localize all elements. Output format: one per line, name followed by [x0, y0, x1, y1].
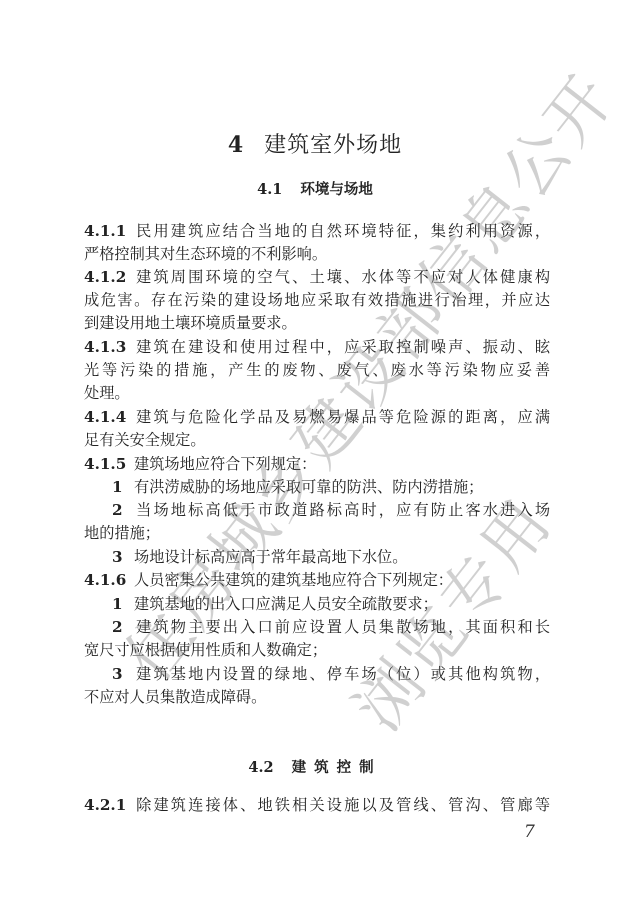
- chapter-title: 4建筑室外场地: [0, 128, 630, 159]
- clause-number: 4.1.4: [84, 406, 134, 429]
- list-item: 1建筑基地的出入口应满足人员安全疏散要求；: [84, 593, 550, 616]
- list-item: 2建筑物主要出入口前应设置人员集散场地，其面积和长: [84, 616, 550, 639]
- item-continuation: 地的措施；: [84, 522, 550, 545]
- clause-text: 建筑场地应符合下列规定：: [134, 455, 316, 473]
- chapter-number: 4: [228, 132, 244, 158]
- clause-continuation: 到建设用地土壤环境质量要求。: [84, 312, 550, 335]
- clause-text: 建筑周围环境的空气、土壤、水体等不应对人体健康构: [134, 268, 550, 286]
- clause-text: 到建设用地土壤环境质量要求。: [84, 314, 297, 332]
- clause-continuation: 光等污染的措施，产生的废物、废气、废水等污染物应妥善: [84, 359, 550, 382]
- clause-text: 除建筑连接体、地铁相关设施以及管线、管沟、管廊等: [134, 796, 550, 814]
- clause-text: 足有关安全规定。: [84, 431, 206, 449]
- section-title-4-2: 4.2建筑控制: [0, 756, 630, 777]
- section-title-4-1: 4.1环境与场地: [0, 178, 630, 199]
- clause-4-1-2: 4.1.2建筑周围环境的空气、土壤、水体等不应对人体健康构: [84, 266, 550, 289]
- clause-text: 民用建筑应结合当地的自然环境特征，集约利用资源，: [134, 222, 550, 240]
- list-item: 2当场地标高低于市政道路标高时，应有防止客水进入场: [84, 499, 550, 522]
- section-number: 4.2: [248, 759, 273, 776]
- page-number: 7: [524, 822, 535, 842]
- clause-4-1-4: 4.1.4建筑与危险化学品及易燃易爆品等危险源的距离，应满: [84, 406, 550, 429]
- clause-continuation: 足有关安全规定。: [84, 429, 550, 452]
- clause-number: 4.1.1: [84, 220, 134, 243]
- clause-text: 严格控制其对生态环境的不利影响。: [84, 245, 327, 263]
- item-text: 宽尺寸应根据使用性质和人数确定；: [84, 641, 327, 659]
- item-text: 场地设计标高应高于常年最高地下水位。: [134, 548, 407, 566]
- clause-4-1-1: 4.1.1民用建筑应结合当地的自然环境特征，集约利用资源，: [84, 220, 550, 243]
- item-continuation: 宽尺寸应根据使用性质和人数确定；: [84, 639, 550, 662]
- item-continuation: 不应对人员集散造成障碍。: [84, 686, 550, 709]
- clause-4-1-6: 4.1.6人员密集公共建筑的建筑基地应符合下列规定：: [84, 569, 550, 592]
- document-page: 4建筑室外场地 4.1环境与场地 4.1.1民用建筑应结合当地的自然环境特征，集…: [0, 0, 630, 912]
- clause-text: 成危害。存在污染的建设场地应采取有效措施进行治理，并应达: [84, 291, 550, 309]
- section-title-text: 环境与场地: [300, 181, 373, 198]
- list-item: 1有洪涝威胁的场地应采取可靠的防洪、防内涝措施；: [84, 476, 550, 499]
- item-number: 1: [112, 593, 134, 616]
- clause-text: 建筑在建设和使用过程中，应采取控制噪声、振动、眩: [134, 338, 550, 356]
- item-text: 地的措施；: [84, 524, 160, 542]
- item-number: 3: [112, 546, 134, 569]
- clause-text: 光等污染的措施，产生的废物、废气、废水等污染物应妥善: [84, 361, 550, 379]
- item-text: 建筑物主要出入口前应设置人员集散场地，其面积和长: [134, 618, 550, 636]
- clause-4-1-3: 4.1.3建筑在建设和使用过程中，应采取控制噪声、振动、眩: [84, 336, 550, 359]
- item-text: 当场地标高低于市政道路标高时，应有防止客水进入场: [134, 501, 550, 519]
- list-item: 3建筑基地内设置的绿地、停车场（位）或其他构筑物，: [84, 663, 550, 686]
- clause-continuation: 严格控制其对生态环境的不利影响。: [84, 243, 550, 266]
- section-title-text: 建筑控制: [292, 759, 382, 776]
- clause-continuation: 处理。: [84, 382, 550, 405]
- item-text: 有洪涝威胁的场地应采取可靠的防洪、防内涝措施；: [134, 478, 483, 496]
- item-text: 建筑基地内设置的绿地、停车场（位）或其他构筑物，: [134, 665, 550, 683]
- clause-number: 4.1.2: [84, 266, 134, 289]
- clause-text: 建筑与危险化学品及易燃易爆品等危险源的距离，应满: [134, 408, 550, 426]
- clause-number: 4.2.1: [84, 794, 134, 817]
- clause-text: 人员密集公共建筑的建筑基地应符合下列规定：: [134, 571, 453, 589]
- clause-number: 4.1.6: [84, 569, 134, 592]
- item-number: 1: [112, 476, 134, 499]
- list-item: 3场地设计标高应高于常年最高地下水位。: [84, 546, 550, 569]
- item-number: 2: [112, 499, 134, 522]
- item-text: 建筑基地的出入口应满足人员安全疏散要求；: [134, 595, 438, 613]
- clause-text: 处理。: [84, 384, 130, 402]
- section-number: 4.1: [257, 181, 282, 198]
- item-text: 不应对人员集散造成障碍。: [84, 688, 266, 706]
- item-number: 3: [112, 663, 134, 686]
- chapter-title-text: 建筑室外场地: [264, 133, 402, 158]
- clause-4-1-5: 4.1.5建筑场地应符合下列规定：: [84, 453, 550, 476]
- clause-continuation: 成危害。存在污染的建设场地应采取有效措施进行治理，并应达: [84, 289, 550, 312]
- clause-4-2-1: 4.2.1除建筑连接体、地铁相关设施以及管线、管沟、管廊等: [84, 794, 550, 817]
- clause-number: 4.1.3: [84, 336, 134, 359]
- clause-number: 4.1.5: [84, 453, 134, 476]
- item-number: 2: [112, 616, 134, 639]
